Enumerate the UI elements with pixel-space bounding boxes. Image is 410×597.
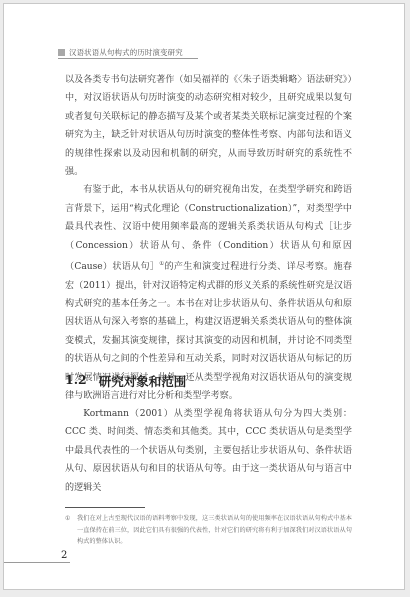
page-number: 2 bbox=[61, 550, 67, 561]
header-marker-icon bbox=[58, 49, 65, 56]
footnote-divider bbox=[65, 507, 145, 508]
section-paragraph-1: Kortmann（2001）从类型学视角将状语从句分为四大类别：CCC 类、时间… bbox=[65, 405, 352, 497]
paragraph-2-text: 有鉴于此，本书从状语从句的研究视角出发，在类型学研究和跨语言背景下，运用“构式化… bbox=[65, 185, 352, 272]
footnote-text: 我们在对上古至现代汉语的语料考察中发现，这三类状语从句的使用频率在汉语状语从句构… bbox=[77, 513, 352, 548]
body-text-top: 以及各类专书句法研究著作（如吴福祥的《〈朱子语类辑略〉语法研究》）中，对汉语状语… bbox=[65, 71, 352, 405]
section-title: 研究对象和范围 bbox=[99, 372, 187, 390]
section-heading: 1.2 研究对象和范围 bbox=[65, 372, 186, 390]
paragraph-1: 以及各类专书句法研究著作（如吴福祥的《〈朱子语类辑略〉语法研究》）中，对汉语状语… bbox=[65, 71, 352, 181]
footnote: ① 我们在对上古至现代汉语的语料考察中发现，这三类状语从句的使用频率在汉语状语从… bbox=[65, 513, 352, 548]
document-page: 汉语状语从句构式的历时演变研究 以及各类专书句法研究著作（如吴福祥的《〈朱子语类… bbox=[3, 3, 405, 590]
running-header-title: 汉语状语从句构式的历时演变研究 bbox=[69, 47, 183, 58]
footnote-mark: ① bbox=[65, 513, 77, 548]
running-header: 汉语状语从句构式的历时演变研究 bbox=[58, 46, 198, 59]
page-number-rule bbox=[4, 562, 70, 563]
body-text-section: Kortmann（2001）从类型学视角将状语从句分为四大类别：CCC 类、时间… bbox=[65, 405, 352, 497]
section-number: 1.2 bbox=[65, 372, 87, 390]
